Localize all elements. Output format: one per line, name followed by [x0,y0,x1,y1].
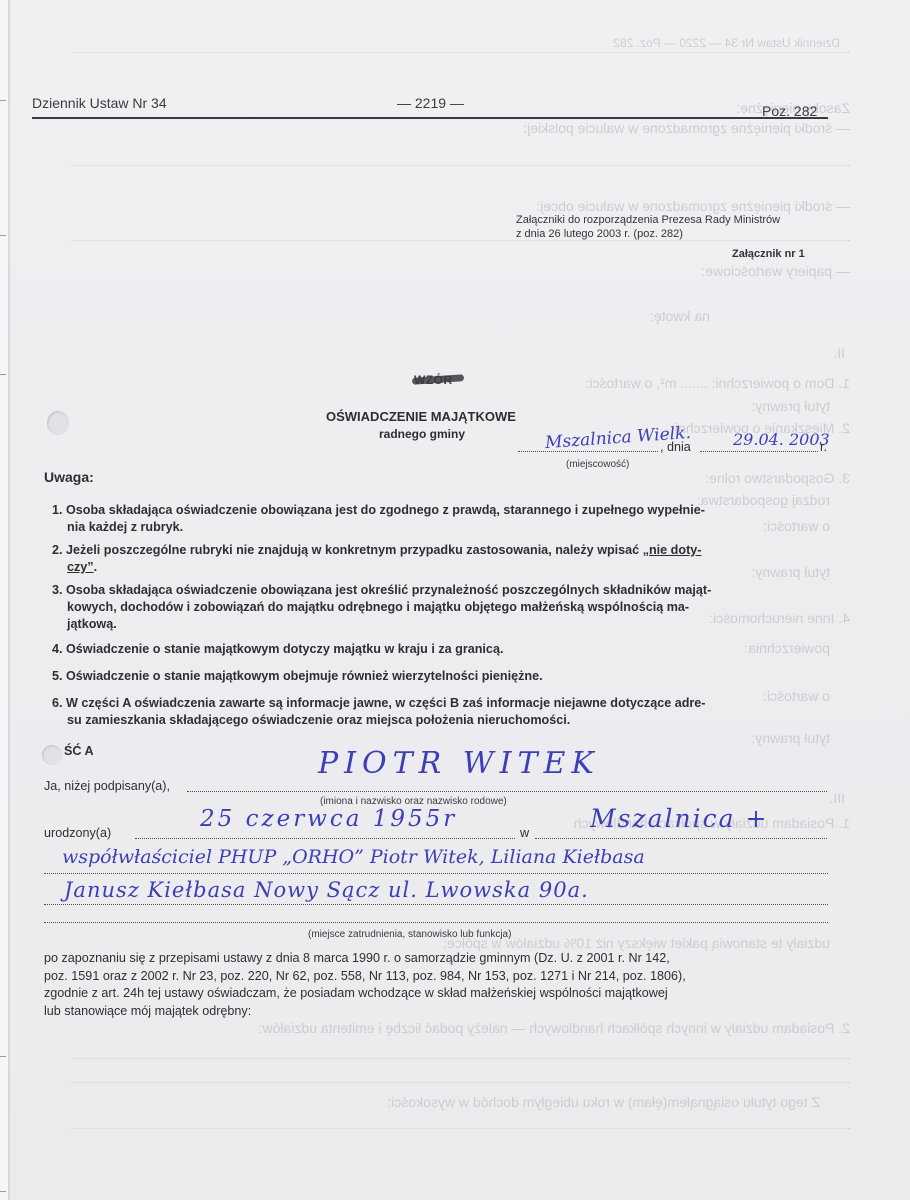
part-a-heading: ŚĆ A [64,744,94,758]
bleed-rule [70,1058,850,1060]
born-date-line [135,838,515,839]
signer-field-line [187,791,827,792]
bleed-text: II. [833,345,845,361]
note-number: 4. [52,641,66,658]
note-text: su zamieszkania składającego oświadczeni… [52,712,842,729]
bleed-rule [70,1128,850,1130]
note-item-4: 4.Oświadczenie o stanie majątkowym dotyc… [52,641,842,658]
employment-caption: (miejsce zatrudnienia, stanowisko lub fu… [308,929,511,940]
note-emphasis: „nie doty- [643,543,702,557]
born-in-label: w [520,826,529,840]
bleed-rule [70,1082,850,1084]
date-label: , dnia [660,440,691,454]
note-number: 3. [52,582,66,599]
note-emphasis: czy” [67,560,94,574]
bleed-text: 3. Gospodarstwo rolne: [705,470,850,486]
note-item-6: 6.W części A oświadczenia zawarte są inf… [52,695,842,729]
date-field[interactable]: 29.04. 2003 [733,430,830,449]
annex-number: Załącznik nr 1 [732,247,805,261]
page-number: — 2219 — [397,95,464,111]
note-text: Oświadczenie o stanie majątkowym obejmuj… [66,669,543,683]
bleed-text: 2. Posiadam udziały w innych spółkach ha… [259,1020,850,1036]
employment-field-2[interactable]: Janusz Kiełbasa Nowy Sącz ul. Lwowska 90… [64,878,589,902]
note-item-2: 2.Jeżeli poszczególne rubryki nie znajdu… [52,542,842,576]
journal-name: Dziennik Ustaw Nr 34 [32,95,167,111]
note-text: . [94,560,98,574]
bleed-rule [70,52,850,54]
note-text: Osoba składająca oświadczenie obowiązana… [66,583,711,597]
born-place-field[interactable]: Mszalnica + [590,804,768,833]
bleed-text: tytuł prawny: [751,398,830,414]
bleed-text: III. [829,790,845,806]
bleed-text: 1. Dom o powierzchni: ....... m², o wart… [585,375,850,391]
statement-line: po zapoznaniu się z przepisami ustawy z … [44,950,844,968]
punch-hole [47,411,69,435]
form-title: OŚWIADCZENIE MAJĄTKOWE [326,409,516,424]
bleed-text: — środki pieniężne zgromadzone w walucie… [536,198,850,214]
bleed-text: tytuł prawny: [751,730,830,746]
statement-line: poz. 1591 oraz z 2002 r. Nr 23, poz. 220… [44,968,844,986]
signer-name-field[interactable]: PIOTR WITEK [318,746,600,781]
employment-line-2 [44,904,828,905]
place-field-line [518,451,658,452]
header-rule [32,117,828,119]
date-field-line [700,451,818,452]
note-number: 1. [52,502,66,519]
note-number: 6. [52,695,66,712]
bleed-header: Dziennik Ustaw Nr 34 — 2220 — Poz. 282 [613,36,840,50]
note-text: kowych, dochodów i zobowiązań do majątku… [52,599,842,616]
born-place-line [535,838,827,839]
annex-line-1: Załączniki do rozporządzenia Prezesa Rad… [516,213,780,227]
note-text: jątkową. [52,616,842,633]
annex-line-2: z dnia 26 lutego 2003 r. (poz. 282) [516,227,683,241]
date-suffix: r. [820,440,827,454]
note-text: Oświadczenie o stanie majątkowym dotyczy… [66,642,503,656]
born-date-field[interactable]: 25 czerwca 1955r [200,806,457,832]
form-subtitle: radnego gminy [379,427,465,441]
note-item-5: 5.Oświadczenie o stanie majątkowym obejm… [52,668,842,685]
bleed-text: na kwotę: [650,308,710,324]
note-text: Osoba składająca oświadczenie obowiązana… [66,503,705,517]
scanned-page: Dziennik Ustaw Nr 34 — 2220 — Poz. 282 Z… [0,0,910,1200]
note-text: Jeżeli poszczególne rubryki nie znajdują… [66,543,643,557]
note-text: nia każdej z rubryk. [52,519,842,536]
employment-field-1[interactable]: współwłaściciel PHUP „ORHO” Piotr Witek,… [62,846,645,868]
note-item-3: 3.Osoba składająca oświadczenie obowiąza… [52,582,842,633]
note-number: 5. [52,668,66,685]
bleed-text: — środki pieniężne zgromadzone w walucie… [523,120,850,136]
note-item-1: 1.Osoba składająca oświadczenie obowiąza… [52,502,842,536]
statement-paragraph: po zapoznaniu się z przepisami ustawy z … [44,950,844,1020]
notes-heading: Uwaga: [44,469,94,485]
born-label: urodzony(a) [44,826,111,840]
bleed-text: Z tego tytułu osiągnąłem(ęłam) w roku ub… [387,1094,820,1110]
bleed-text: — papiery wartościowe: [701,263,850,279]
statement-line: lub stanowiące mój majątek odrębny: [44,1003,844,1021]
punch-hole [42,745,62,765]
employment-line-1 [44,873,828,874]
place-caption: (miejscowość) [566,459,629,470]
note-number: 2. [52,542,66,559]
note-text: W części A oświadczenia zawarte są infor… [66,696,706,710]
employment-line-3 [44,922,828,923]
bleed-rule [70,165,850,167]
bleed-rule [70,240,850,242]
signer-label: Ja, niżej podpisany(a), [44,779,170,793]
statement-line: zgodnie z art. 24h tej ustawy oświadczam… [44,985,844,1003]
